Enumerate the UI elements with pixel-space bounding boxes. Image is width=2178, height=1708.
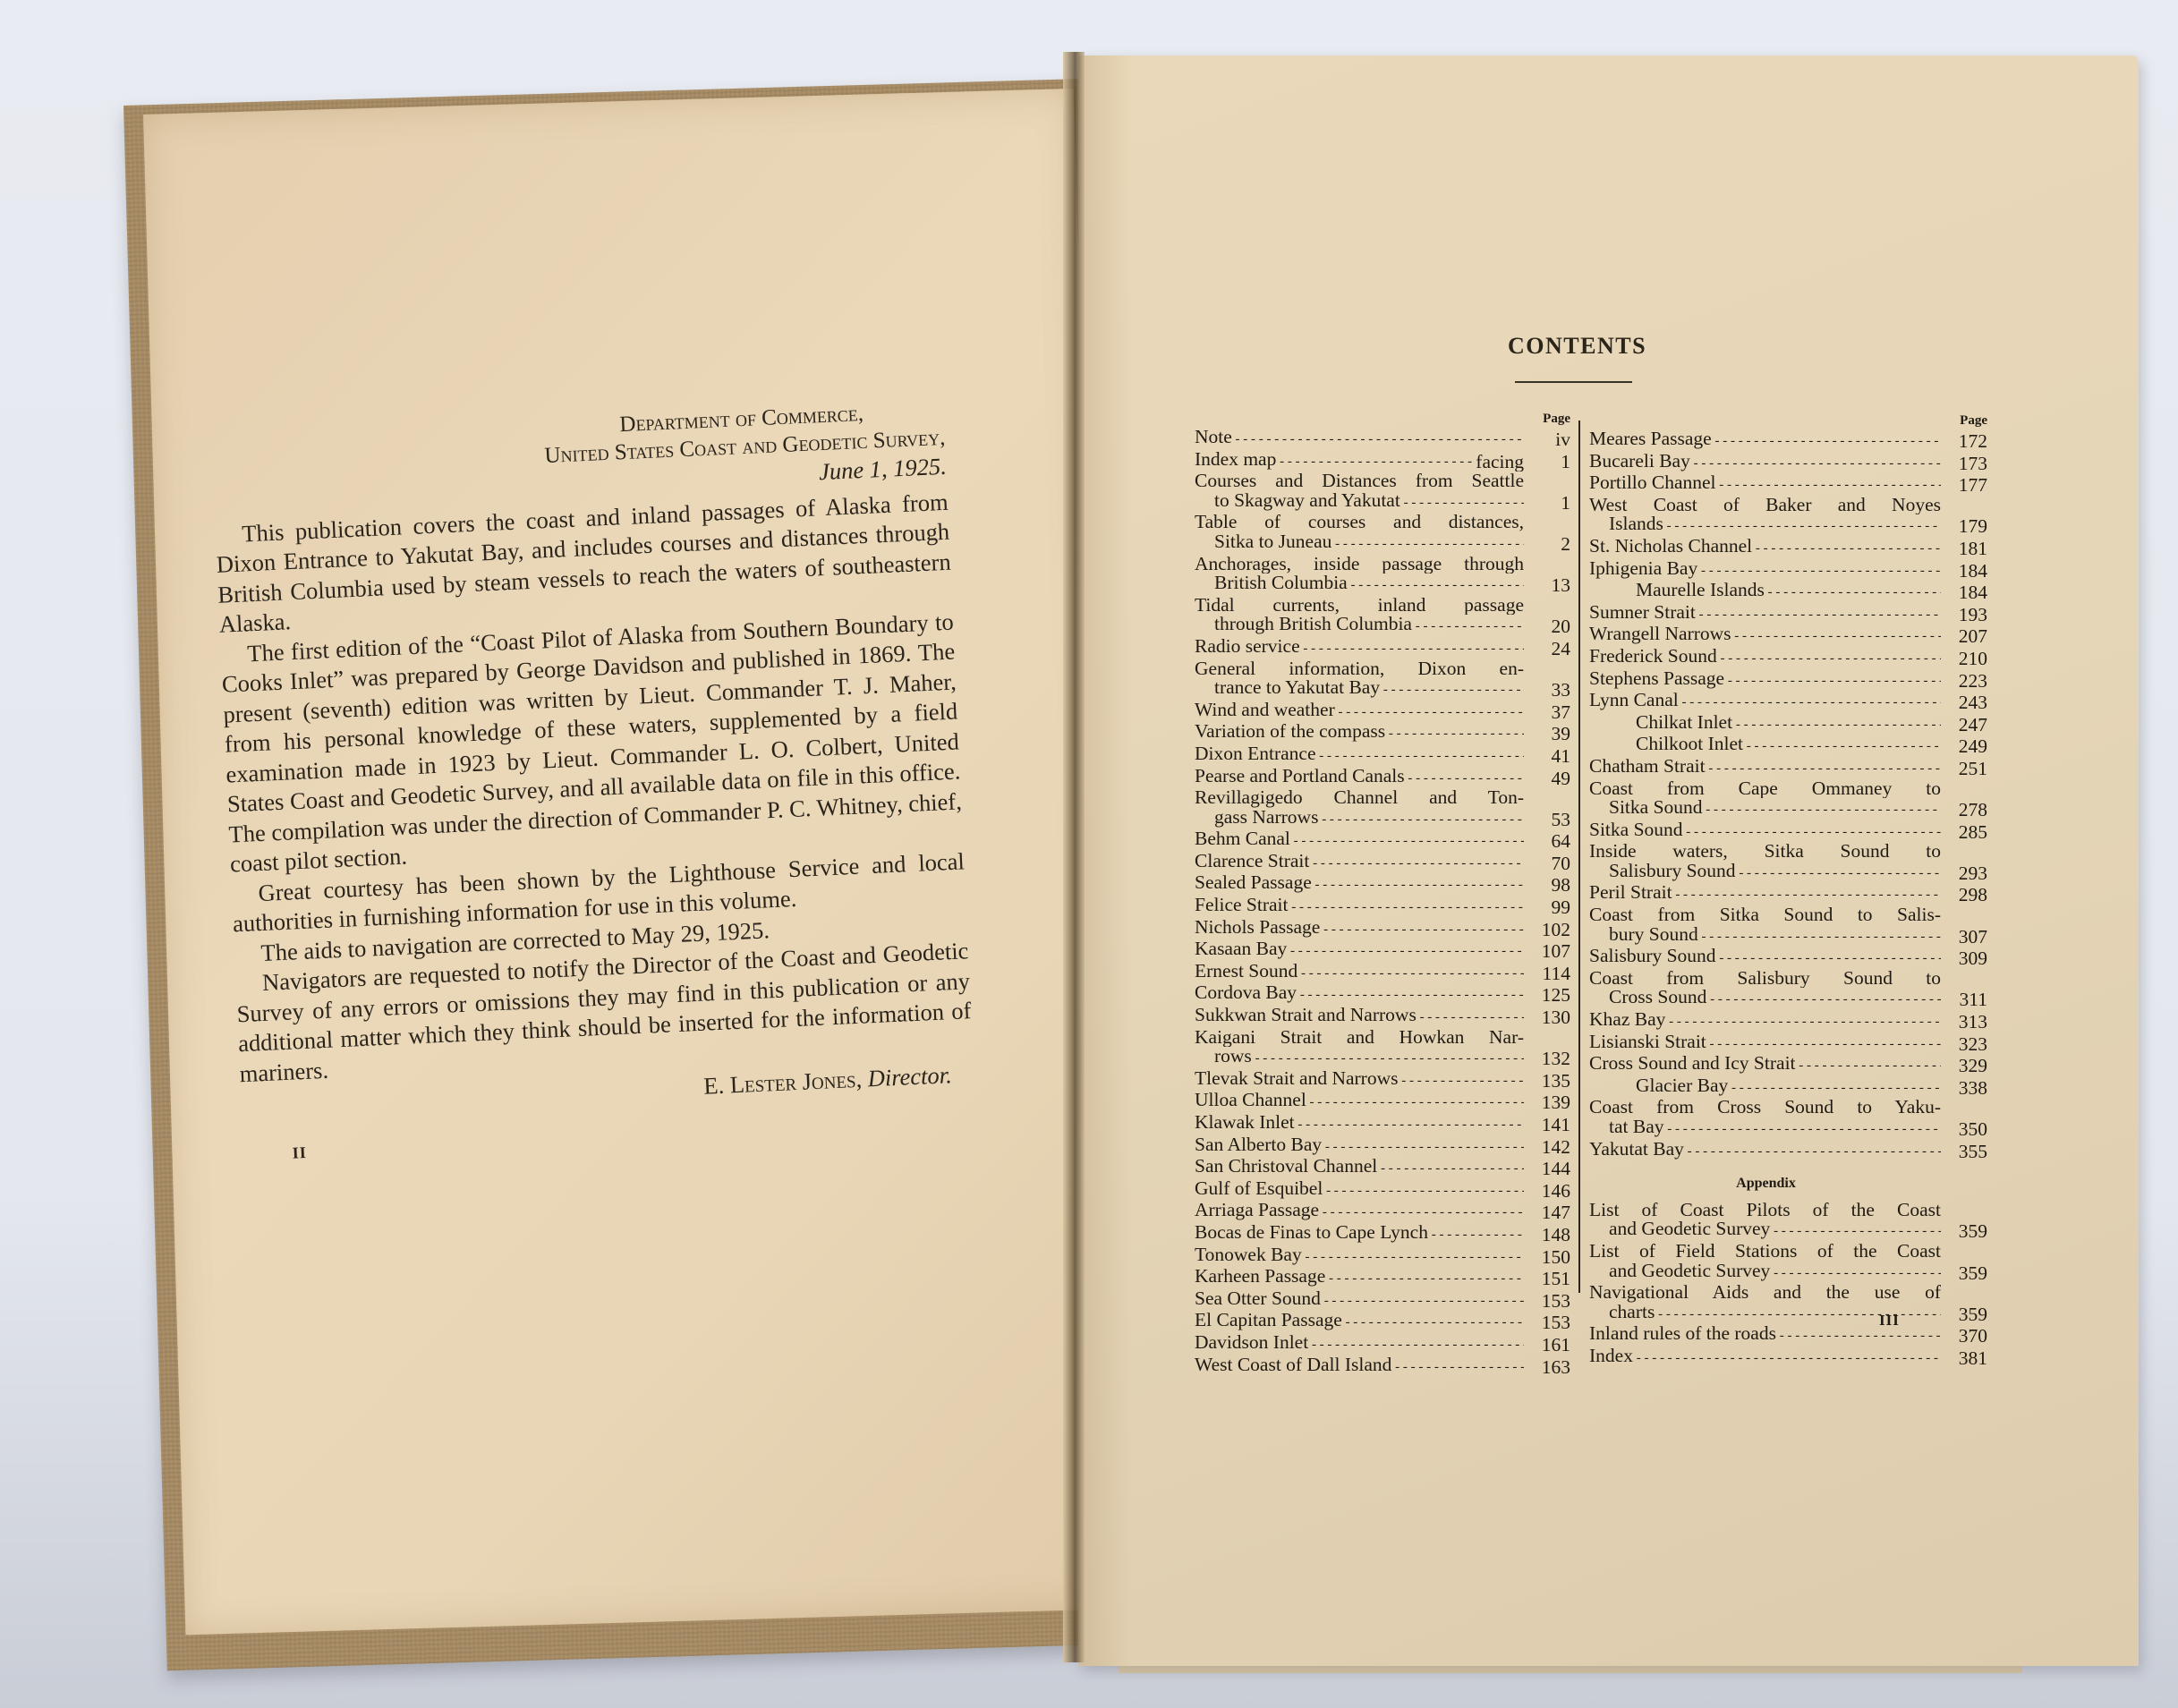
toc-entry-label: Stephens Passage: [1589, 669, 1941, 692]
toc-entry-label: and Geodetic Survey: [1589, 1262, 1941, 1284]
toc-entry: Peril Strait298: [1589, 883, 1987, 905]
toc-entry-label: Clarence Strait: [1195, 852, 1524, 874]
toc-entry: Chilkat Inlet247: [1589, 713, 1987, 735]
toc-page-number: 307: [1941, 928, 1987, 947]
contents-title: CONTENTS: [1508, 333, 1646, 360]
toc-entry: Wrangell Narrows207: [1589, 625, 1987, 647]
toc-entry-continued: to Skagway and Yakutat1: [1195, 491, 1570, 514]
toc-entry: Navigational Aids and the use of: [1589, 1283, 1987, 1303]
toc-entry-label: Chilkat Inlet: [1589, 713, 1941, 735]
toc-entry: Table of courses and distances,: [1195, 513, 1570, 532]
toc-page-number: 153: [1524, 1292, 1570, 1312]
toc-page-number: 150: [1524, 1248, 1570, 1268]
toc-entry: Sumner Strait193: [1589, 603, 1987, 625]
toc-entry: Sukkwan Strait and Narrows130: [1195, 1006, 1570, 1028]
toc-page-number: 359: [1941, 1305, 1987, 1325]
toc-entry-label: Courses and Distances from Seattle: [1195, 472, 1524, 491]
toc-entry-label: Tonowek Bay: [1195, 1245, 1524, 1268]
page-column-header: Page: [1195, 410, 1570, 428]
toc-entry: Inland rules of the roads370: [1589, 1324, 1987, 1347]
toc-entry: Cross Sound and Icy Strait329: [1589, 1054, 1987, 1076]
toc-entry-label: Cross Sound and Icy Strait: [1589, 1054, 1941, 1076]
toc-entry: Clarence Strait70: [1195, 852, 1570, 874]
toc-entry: Sea Otter Sound153: [1195, 1289, 1570, 1312]
toc-page-number: 355: [1941, 1143, 1987, 1162]
page-number-right: III: [1879, 1312, 1900, 1330]
toc-entry: Variation of the compass39: [1195, 722, 1570, 744]
toc-entry-label: Gulf of Esquibel: [1195, 1179, 1524, 1202]
toc-entry-continued: bury Sound307: [1589, 925, 1987, 947]
toc-page-number: 359: [1941, 1264, 1987, 1284]
toc-entry-label: Davidson Inlet: [1195, 1333, 1524, 1355]
toc-entry-label: Radio service: [1195, 637, 1524, 659]
toc-entry: St. Nicholas Channel181: [1589, 537, 1987, 559]
toc-entry-label: trance to Yakutat Bay: [1195, 678, 1524, 701]
toc-page-number: 130: [1524, 1008, 1570, 1028]
toc-entry: Davidson Inlet161: [1195, 1333, 1570, 1355]
toc-entry: Klawak Inlet141: [1195, 1113, 1570, 1135]
toc-entry-label: Index mapfacing: [1195, 450, 1524, 472]
toc-entry-label: Kasaan Bay: [1195, 939, 1524, 962]
toc-entry-label: bury Sound: [1589, 925, 1941, 947]
column-divider: [1578, 421, 1580, 1293]
toc-entry-label: Islands: [1589, 514, 1941, 537]
toc-entry-label: Cordova Bay: [1195, 983, 1524, 1006]
toc-page-number: 142: [1524, 1138, 1570, 1158]
toc-page-number: 53: [1524, 811, 1570, 830]
toc-entry-label: Tlevak Strait and Narrows: [1195, 1069, 1524, 1092]
toc-entry-label: tat Bay: [1589, 1117, 1941, 1140]
toc-entry-label: Coast from Salisbury Sound to: [1589, 969, 1941, 989]
toc-page-number: 107: [1524, 942, 1570, 962]
toc-entry-label: West Coast of Baker and Noyes: [1589, 496, 1941, 515]
toc-entry: Coast from Salisbury Sound to: [1589, 969, 1987, 989]
toc-entry: Tonowek Bay150: [1195, 1245, 1570, 1268]
toc-entry-continued: and Geodetic Survey359: [1589, 1262, 1987, 1284]
toc-page-number: 338: [1941, 1079, 1987, 1099]
toc-entry-label: Sukkwan Strait and Narrows: [1195, 1006, 1524, 1028]
toc-entry-label: to Skagway and Yakutat: [1195, 491, 1524, 514]
toc-entry-label: Klawak Inlet: [1195, 1113, 1524, 1135]
toc-entry-label: Coast from Cross Sound to Yaku-: [1589, 1098, 1941, 1117]
toc-entry-label: Iphigenia Bay: [1589, 559, 1941, 582]
toc-entry-label: General information, Dixon en-: [1195, 659, 1524, 679]
toc-entry: Index mapfacing1: [1195, 450, 1570, 472]
toc-entry-label: Bucareli Bay: [1589, 452, 1941, 474]
toc-entry: Anchorages, inside passage through: [1195, 555, 1570, 574]
toc-entry: West Coast of Dall Island163: [1195, 1355, 1570, 1378]
toc-entry-label: gass Narrows: [1195, 808, 1524, 830]
toc-page-number: 13: [1524, 576, 1570, 596]
toc-page-number: 20: [1524, 617, 1570, 637]
toc-page-number: 381: [1941, 1349, 1987, 1369]
toc-page-number: 151: [1524, 1270, 1570, 1289]
toc-page-number: 144: [1524, 1160, 1570, 1179]
toc-page-number: 309: [1941, 949, 1987, 969]
toc-entry-label: Kaigani Strait and Howkan Nar-: [1195, 1028, 1524, 1048]
toc-entry-label: Yakutat Bay: [1589, 1140, 1941, 1162]
toc-entry-label: Frederick Sound: [1589, 647, 1941, 669]
toc-entry-label: Sitka Sound: [1589, 798, 1941, 820]
page-column-header: Page: [1589, 412, 1987, 429]
toc-page-number: 251: [1941, 760, 1987, 779]
toc-entry: Sealed Passage98: [1195, 873, 1570, 896]
toc-page-number: 147: [1524, 1203, 1570, 1223]
toc-entry-label: Index: [1589, 1347, 1941, 1369]
toc-page-number: 39: [1524, 725, 1570, 744]
toc-entry-label: Tidal currents, inland passage: [1195, 596, 1524, 616]
toc-entry-continued: Sitka to Juneau2: [1195, 532, 1570, 555]
toc-entry: Noteiv: [1195, 428, 1570, 450]
toc-entry: Revillagigedo Channel and Ton-: [1195, 788, 1570, 808]
toc-entry: Inside waters, Sitka Sound to: [1589, 842, 1987, 862]
toc-entry-label: Coast from Cape Ommaney to: [1589, 779, 1941, 799]
toc-entry: Coast from Sitka Sound to Salis-: [1589, 905, 1987, 925]
toc-page-number: 139: [1524, 1093, 1570, 1113]
toc-entry: Radio service24: [1195, 637, 1570, 659]
toc-page-number: 163: [1524, 1358, 1570, 1378]
toc-entry: Salisbury Sound309: [1589, 947, 1987, 969]
toc-entry: Dixon Entrance41: [1195, 744, 1570, 767]
toc-entry-label: Sitka to Juneau: [1195, 532, 1524, 555]
toc-entry: Courses and Distances from Seattle: [1195, 472, 1570, 491]
toc-entry-label: Sumner Strait: [1589, 603, 1941, 625]
toc-entry-label: Sealed Passage: [1195, 873, 1524, 896]
toc-entry-suffix: facing: [1474, 453, 1524, 472]
toc-entry-label: San Christoval Channel: [1195, 1157, 1524, 1179]
toc-page-number: 350: [1941, 1120, 1987, 1140]
toc-entry: Meares Passage172: [1589, 429, 1987, 452]
toc-page-number: iv: [1524, 430, 1570, 450]
toc-page-number: 323: [1941, 1035, 1987, 1055]
toc-entry-label: List of Coast Pilots of the Coast: [1589, 1201, 1941, 1220]
toc-entry: San Alberto Bay142: [1195, 1135, 1570, 1158]
toc-entry: Kaigani Strait and Howkan Nar-: [1195, 1028, 1570, 1048]
toc-entry-label: Chatham Strait: [1589, 757, 1941, 779]
toc-entry: List of Field Stations of the Coast: [1589, 1242, 1987, 1262]
toc-entry-label: Glacier Bay: [1589, 1076, 1941, 1099]
toc-entry-label: Lynn Canal: [1589, 691, 1941, 713]
toc-entry-label: Wrangell Narrows: [1589, 625, 1941, 647]
toc-page-number: 49: [1524, 769, 1570, 789]
toc-entry: Bocas de Finas to Cape Lynch148: [1195, 1223, 1570, 1245]
toc-entry-label: Chilkoot Inlet: [1589, 735, 1941, 757]
toc-page-number: 148: [1524, 1226, 1570, 1245]
toc-page-number: 311: [1941, 990, 1987, 1010]
toc-page-number: 184: [1941, 583, 1987, 603]
toc-entry-label: El Capitan Passage: [1195, 1311, 1524, 1333]
toc-entry-label: Maurelle Islands: [1589, 581, 1941, 603]
toc-entry: Behm Canal64: [1195, 829, 1570, 852]
toc-entry: Frederick Sound210: [1589, 647, 1987, 669]
toc-page-number: 249: [1941, 737, 1987, 757]
toc-entry: Index381: [1589, 1347, 1987, 1369]
toc-entry-label: Table of courses and distances,: [1195, 513, 1524, 532]
toc-entry: El Capitan Passage153: [1195, 1311, 1570, 1333]
toc-page-number: 293: [1941, 864, 1987, 884]
toc-entry-label: Anchorages, inside passage through: [1195, 555, 1524, 574]
toc-page-number: 64: [1524, 832, 1570, 852]
toc-page-number: 278: [1941, 801, 1987, 820]
toc-page-number: 247: [1941, 716, 1987, 735]
toc-entry-label: and Geodetic Survey: [1589, 1219, 1941, 1242]
toc-entry: Tlevak Strait and Narrows135: [1195, 1069, 1570, 1092]
toc-entry-label: Peril Strait: [1589, 883, 1941, 905]
toc-entry: Gulf of Esquibel146: [1195, 1179, 1570, 1202]
toc-column-right: Page Meares Passage172Bucareli Bay173Por…: [1589, 412, 1987, 1369]
toc-page-number: 125: [1524, 986, 1570, 1006]
toc-page-number: 181: [1941, 540, 1987, 559]
toc-page-number: 173: [1941, 455, 1987, 474]
toc-entry: Khaz Bay313: [1589, 1010, 1987, 1032]
toc-page-number: 33: [1524, 681, 1570, 701]
toc-entry-label: Coast from Sitka Sound to Salis-: [1589, 905, 1941, 925]
toc-page-number: 313: [1941, 1013, 1987, 1032]
toc-entry: San Christoval Channel144: [1195, 1157, 1570, 1179]
toc-entry-label: Arriaga Passage: [1195, 1201, 1524, 1223]
toc-page-number: 179: [1941, 517, 1987, 537]
toc-entry-continued: through British Columbia20: [1195, 615, 1570, 637]
toc-entry-label: Wind and weather: [1195, 701, 1524, 723]
toc-entry: Chatham Strait251: [1589, 757, 1987, 779]
toc-entry: Glacier Bay338: [1589, 1076, 1987, 1099]
toc-entry-label: Sitka Sound: [1589, 820, 1941, 843]
toc-entry-label: British Columbia: [1195, 574, 1524, 596]
toc-entry: Portillo Channel177: [1589, 473, 1987, 496]
book-spine-gutter: [1063, 52, 1085, 1662]
toc-entry: List of Coast Pilots of the Coast: [1589, 1201, 1987, 1220]
toc-entry-label: Pearse and Portland Canals: [1195, 767, 1524, 789]
toc-entry-label: Ernest Sound: [1195, 962, 1524, 984]
toc-page-number: 37: [1524, 703, 1570, 723]
toc-entry: Arriaga Passage147: [1195, 1201, 1570, 1223]
toc-entry-label: Sea Otter Sound: [1195, 1289, 1524, 1312]
toc-page-number: 177: [1941, 476, 1987, 496]
toc-entry: West Coast of Baker and Noyes: [1589, 496, 1987, 515]
toc-entry: Iphigenia Bay184: [1589, 559, 1987, 582]
toc-entry: Felice Strait99: [1195, 896, 1570, 918]
toc-column-left: Page NoteivIndex mapfacing1Courses and D…: [1195, 410, 1570, 1377]
toc-entry-continued: and Geodetic Survey359: [1589, 1219, 1987, 1242]
toc-entry: Wind and weather37: [1195, 701, 1570, 723]
toc-entry-label: Navigational Aids and the use of: [1589, 1283, 1941, 1303]
toc-entry-label: Nichols Passage: [1195, 918, 1524, 940]
toc-entry-continued: tat Bay350: [1589, 1117, 1987, 1140]
toc-entry-label: Salisbury Sound: [1589, 862, 1941, 884]
toc-page-number: 359: [1941, 1222, 1987, 1242]
toc-entry: Maurelle Islands184: [1589, 581, 1987, 603]
toc-entry: Ernest Sound114: [1195, 962, 1570, 984]
toc-entry: Tidal currents, inland passage: [1195, 596, 1570, 616]
toc-page-number: 141: [1524, 1116, 1570, 1135]
toc-entry-label: rows: [1195, 1047, 1524, 1069]
toc-entry-label: List of Field Stations of the Coast: [1589, 1242, 1941, 1262]
toc-page-number: 24: [1524, 640, 1570, 659]
toc-page-number: 153: [1524, 1313, 1570, 1333]
toc-entry-label: Portillo Channel: [1589, 473, 1941, 496]
toc-page-number: 114: [1524, 964, 1570, 984]
toc-entry: Ulloa Channel139: [1195, 1091, 1570, 1113]
toc-entry-label: Salisbury Sound: [1589, 947, 1941, 969]
toc-entry-continued: British Columbia13: [1195, 574, 1570, 596]
toc-entry: Yakutat Bay355: [1589, 1140, 1987, 1162]
toc-page-number: 146: [1524, 1182, 1570, 1202]
toc-page-number: 223: [1941, 672, 1987, 692]
toc-entry: Pearse and Portland Canals49: [1195, 767, 1570, 789]
toc-page-number: 243: [1941, 693, 1987, 713]
toc-entry-continued: gass Narrows53: [1195, 808, 1570, 830]
toc-page-number: 161: [1524, 1336, 1570, 1355]
toc-page-number: 102: [1524, 921, 1570, 940]
toc-page-number: 210: [1941, 650, 1987, 669]
title-rule: [1515, 381, 1632, 383]
toc-entry: Lynn Canal243: [1589, 691, 1987, 713]
toc-entry-continued: Sitka Sound278: [1589, 798, 1987, 820]
toc-entry-label: through British Columbia: [1195, 615, 1524, 637]
toc-page-number: 370: [1941, 1327, 1987, 1347]
toc-entry-label: Cross Sound: [1589, 988, 1941, 1010]
appendix-heading: Appendix: [1589, 1174, 1987, 1194]
toc-entry-label: West Coast of Dall Island: [1195, 1355, 1524, 1378]
toc-page-number: 1: [1524, 453, 1570, 472]
toc-page-number: 41: [1524, 747, 1570, 767]
toc-page-number: 99: [1524, 898, 1570, 918]
preface-note: Department of Commerce, United States Co…: [210, 396, 977, 1170]
toc-entry-continued: trance to Yakutat Bay33: [1195, 678, 1570, 701]
toc-page-number: 329: [1941, 1057, 1987, 1076]
toc-page-number: 193: [1941, 606, 1987, 625]
toc-entry-continued: Islands179: [1589, 514, 1987, 537]
toc-entry-label: Lisianski Strait: [1589, 1032, 1941, 1055]
toc-entry-label: Ulloa Channel: [1195, 1091, 1524, 1113]
toc-page-number: 207: [1941, 627, 1987, 647]
toc-entry: Coast from Cape Ommaney to: [1589, 779, 1987, 799]
toc-page-number: 98: [1524, 876, 1570, 896]
toc-entry: Chilkoot Inlet249: [1589, 735, 1987, 757]
toc-entry: Coast from Cross Sound to Yaku-: [1589, 1098, 1987, 1117]
toc-entry-label: Felice Strait: [1195, 896, 1524, 918]
toc-entry-continued: Salisbury Sound293: [1589, 862, 1987, 884]
toc-page-number: 70: [1524, 854, 1570, 874]
toc-page-number: 132: [1524, 1049, 1570, 1069]
toc-entry: Bucareli Bay173: [1589, 452, 1987, 474]
toc-entry: Cordova Bay125: [1195, 983, 1570, 1006]
toc-entry: Nichols Passage102: [1195, 918, 1570, 940]
toc-entry-label: Dixon Entrance: [1195, 744, 1524, 767]
toc-entry-label: Inside waters, Sitka Sound to: [1589, 842, 1941, 862]
toc-entry-label: Behm Canal: [1195, 829, 1524, 852]
toc-page-number: 1: [1524, 494, 1570, 514]
toc-entry-label: St. Nicholas Channel: [1589, 537, 1941, 559]
toc-page-number: 135: [1524, 1072, 1570, 1092]
toc-entry-label: San Alberto Bay: [1195, 1135, 1524, 1158]
toc-entry: Sitka Sound285: [1589, 820, 1987, 843]
paragraph: The first edition of the “Coast Pilot of…: [220, 607, 964, 879]
toc-entry-label: Khaz Bay: [1589, 1010, 1941, 1032]
toc-page-number: 172: [1941, 432, 1987, 452]
signature-name: E. Lester Jones,: [703, 1066, 863, 1100]
toc-entry-label: Meares Passage: [1589, 429, 1941, 452]
toc-entry-label: Revillagigedo Channel and Ton-: [1195, 788, 1524, 808]
toc-entry: Lisianski Strait323: [1589, 1032, 1987, 1055]
toc-entry-label: Note: [1195, 428, 1524, 450]
toc-entry-label: Karheen Passage: [1195, 1267, 1524, 1289]
toc-page-number: 285: [1941, 823, 1987, 843]
toc-entry-label: Bocas de Finas to Cape Lynch: [1195, 1223, 1524, 1245]
toc-page-number: 298: [1941, 886, 1987, 905]
toc-entry-continued: charts359: [1589, 1303, 1987, 1325]
toc-page-number: 184: [1941, 562, 1987, 582]
toc-entry: Kasaan Bay107: [1195, 939, 1570, 962]
toc-entry: General information, Dixon en-: [1195, 659, 1570, 679]
signature-title: Director.: [867, 1061, 952, 1092]
toc-entry-label: Variation of the compass: [1195, 722, 1524, 744]
toc-entry-continued: rows132: [1195, 1047, 1570, 1069]
toc-entry-continued: Cross Sound311: [1589, 988, 1987, 1010]
toc-entry: Karheen Passage151: [1195, 1267, 1570, 1289]
toc-entry: Stephens Passage223: [1589, 669, 1987, 692]
toc-page-number: 2: [1524, 535, 1570, 555]
